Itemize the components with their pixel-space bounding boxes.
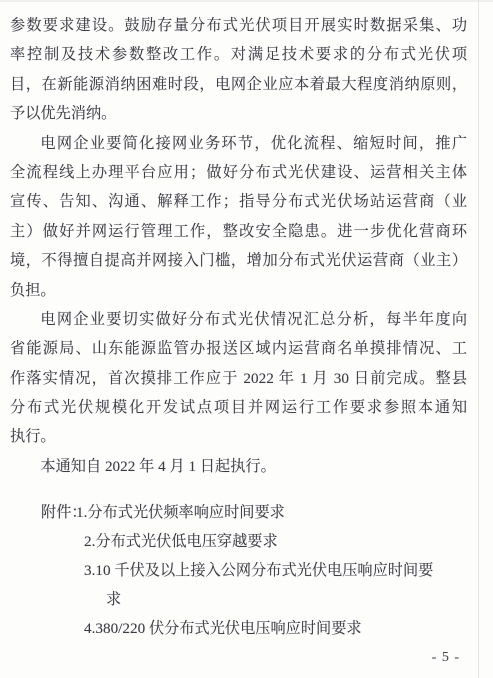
attachment-item: 3.10 千伏及以上接入公网分布式光伏电压响应时间要求 xyxy=(84,556,444,614)
body-text: 参数要求建设。鼓励存量分布式光伏项目开展实时数据采集、功率控制及技术参数整改工作… xyxy=(10,11,467,481)
text-line: 参数要求建设。鼓励存量分布式光伏项目开展实时数据采集、功 xyxy=(10,11,467,40)
scan-artifact-line xyxy=(478,0,479,678)
page-number: - 5 - xyxy=(432,650,460,666)
text-line: 主）做好并网运行管理工作，整改安全隐患。进一步优化营商环 xyxy=(10,217,467,246)
text-line: 本通知自 2022 年 4 月 1 日起执行。 xyxy=(10,452,467,481)
text-line: 执行。 xyxy=(10,422,467,451)
paragraph: 电网企业要简化接网业务环节，优化流程、缩短时间，推广全流程线上办理平台应用；做好… xyxy=(10,129,467,305)
attachments-section: 附件： 1.分布式光伏频率响应时间要求2.分布式光伏低电压穿越要求3.10 千伏… xyxy=(10,498,467,643)
text-line: 全流程线上办理平台应用；做好分布式光伏建设、运营相关主体 xyxy=(10,158,467,187)
scan-top-edge xyxy=(0,0,493,2)
paragraph: 电网企业要切实做好分布式光伏情况汇总分析，每半年度向省能源局、山东能源监管办报送… xyxy=(10,305,467,452)
attachments-list: 1.分布式光伏频率响应时间要求2.分布式光伏低电压穿越要求3.10 千伏及以上接… xyxy=(76,498,444,643)
text-line: 分布式光伏规模化开发试点项目并网运行工作要求参照本通知 xyxy=(10,393,467,422)
text-line: 作落实情况，首次摸排工作应于 2022 年 1 月 30 日前完成。整县 xyxy=(10,364,467,393)
document-page: 参数要求建设。鼓励存量分布式光伏项目开展实时数据采集、功率控制及技术参数整改工作… xyxy=(0,0,493,678)
document-content: 参数要求建设。鼓励存量分布式光伏项目开展实时数据采集、功率控制及技术参数整改工作… xyxy=(10,11,467,643)
attachments-label: 附件： xyxy=(41,498,87,527)
paragraph: 本通知自 2022 年 4 月 1 日起执行。 xyxy=(10,452,467,481)
text-line: 负担。 xyxy=(10,276,467,305)
text-line: 予以优先消纳。 xyxy=(10,99,467,128)
text-line: 率控制及技术参数整改工作。对满足技术要求的分布式光伏项 xyxy=(10,40,467,69)
attachment-item: 1.分布式光伏频率响应时间要求 xyxy=(76,498,444,527)
attachment-item: 4.380/220 伏分布式光伏电压响应时间要求 xyxy=(84,614,444,643)
text-line: 宣传、告知、沟通、解释工作；指导分布式光伏场站运营商（业 xyxy=(10,187,467,216)
text-line: 省能源局、山东能源监管办报送区域内运营商名单摸排情况、工 xyxy=(10,334,467,363)
paragraph: 参数要求建设。鼓励存量分布式光伏项目开展实时数据采集、功率控制及技术参数整改工作… xyxy=(10,11,467,129)
text-line: 境，不得擅自提高并网接入门槛，增加分布式光伏运营商（业主） xyxy=(10,246,467,275)
text-line: 电网企业要简化接网业务环节，优化流程、缩短时间，推广 xyxy=(10,129,467,158)
attachment-item: 2.分布式光伏低电压穿越要求 xyxy=(84,527,444,556)
text-line: 电网企业要切实做好分布式光伏情况汇总分析，每半年度向 xyxy=(10,305,467,334)
text-line: 目，在新能源消纳困难时段，电网企业应本着最大程度消纳原则， xyxy=(10,70,467,99)
